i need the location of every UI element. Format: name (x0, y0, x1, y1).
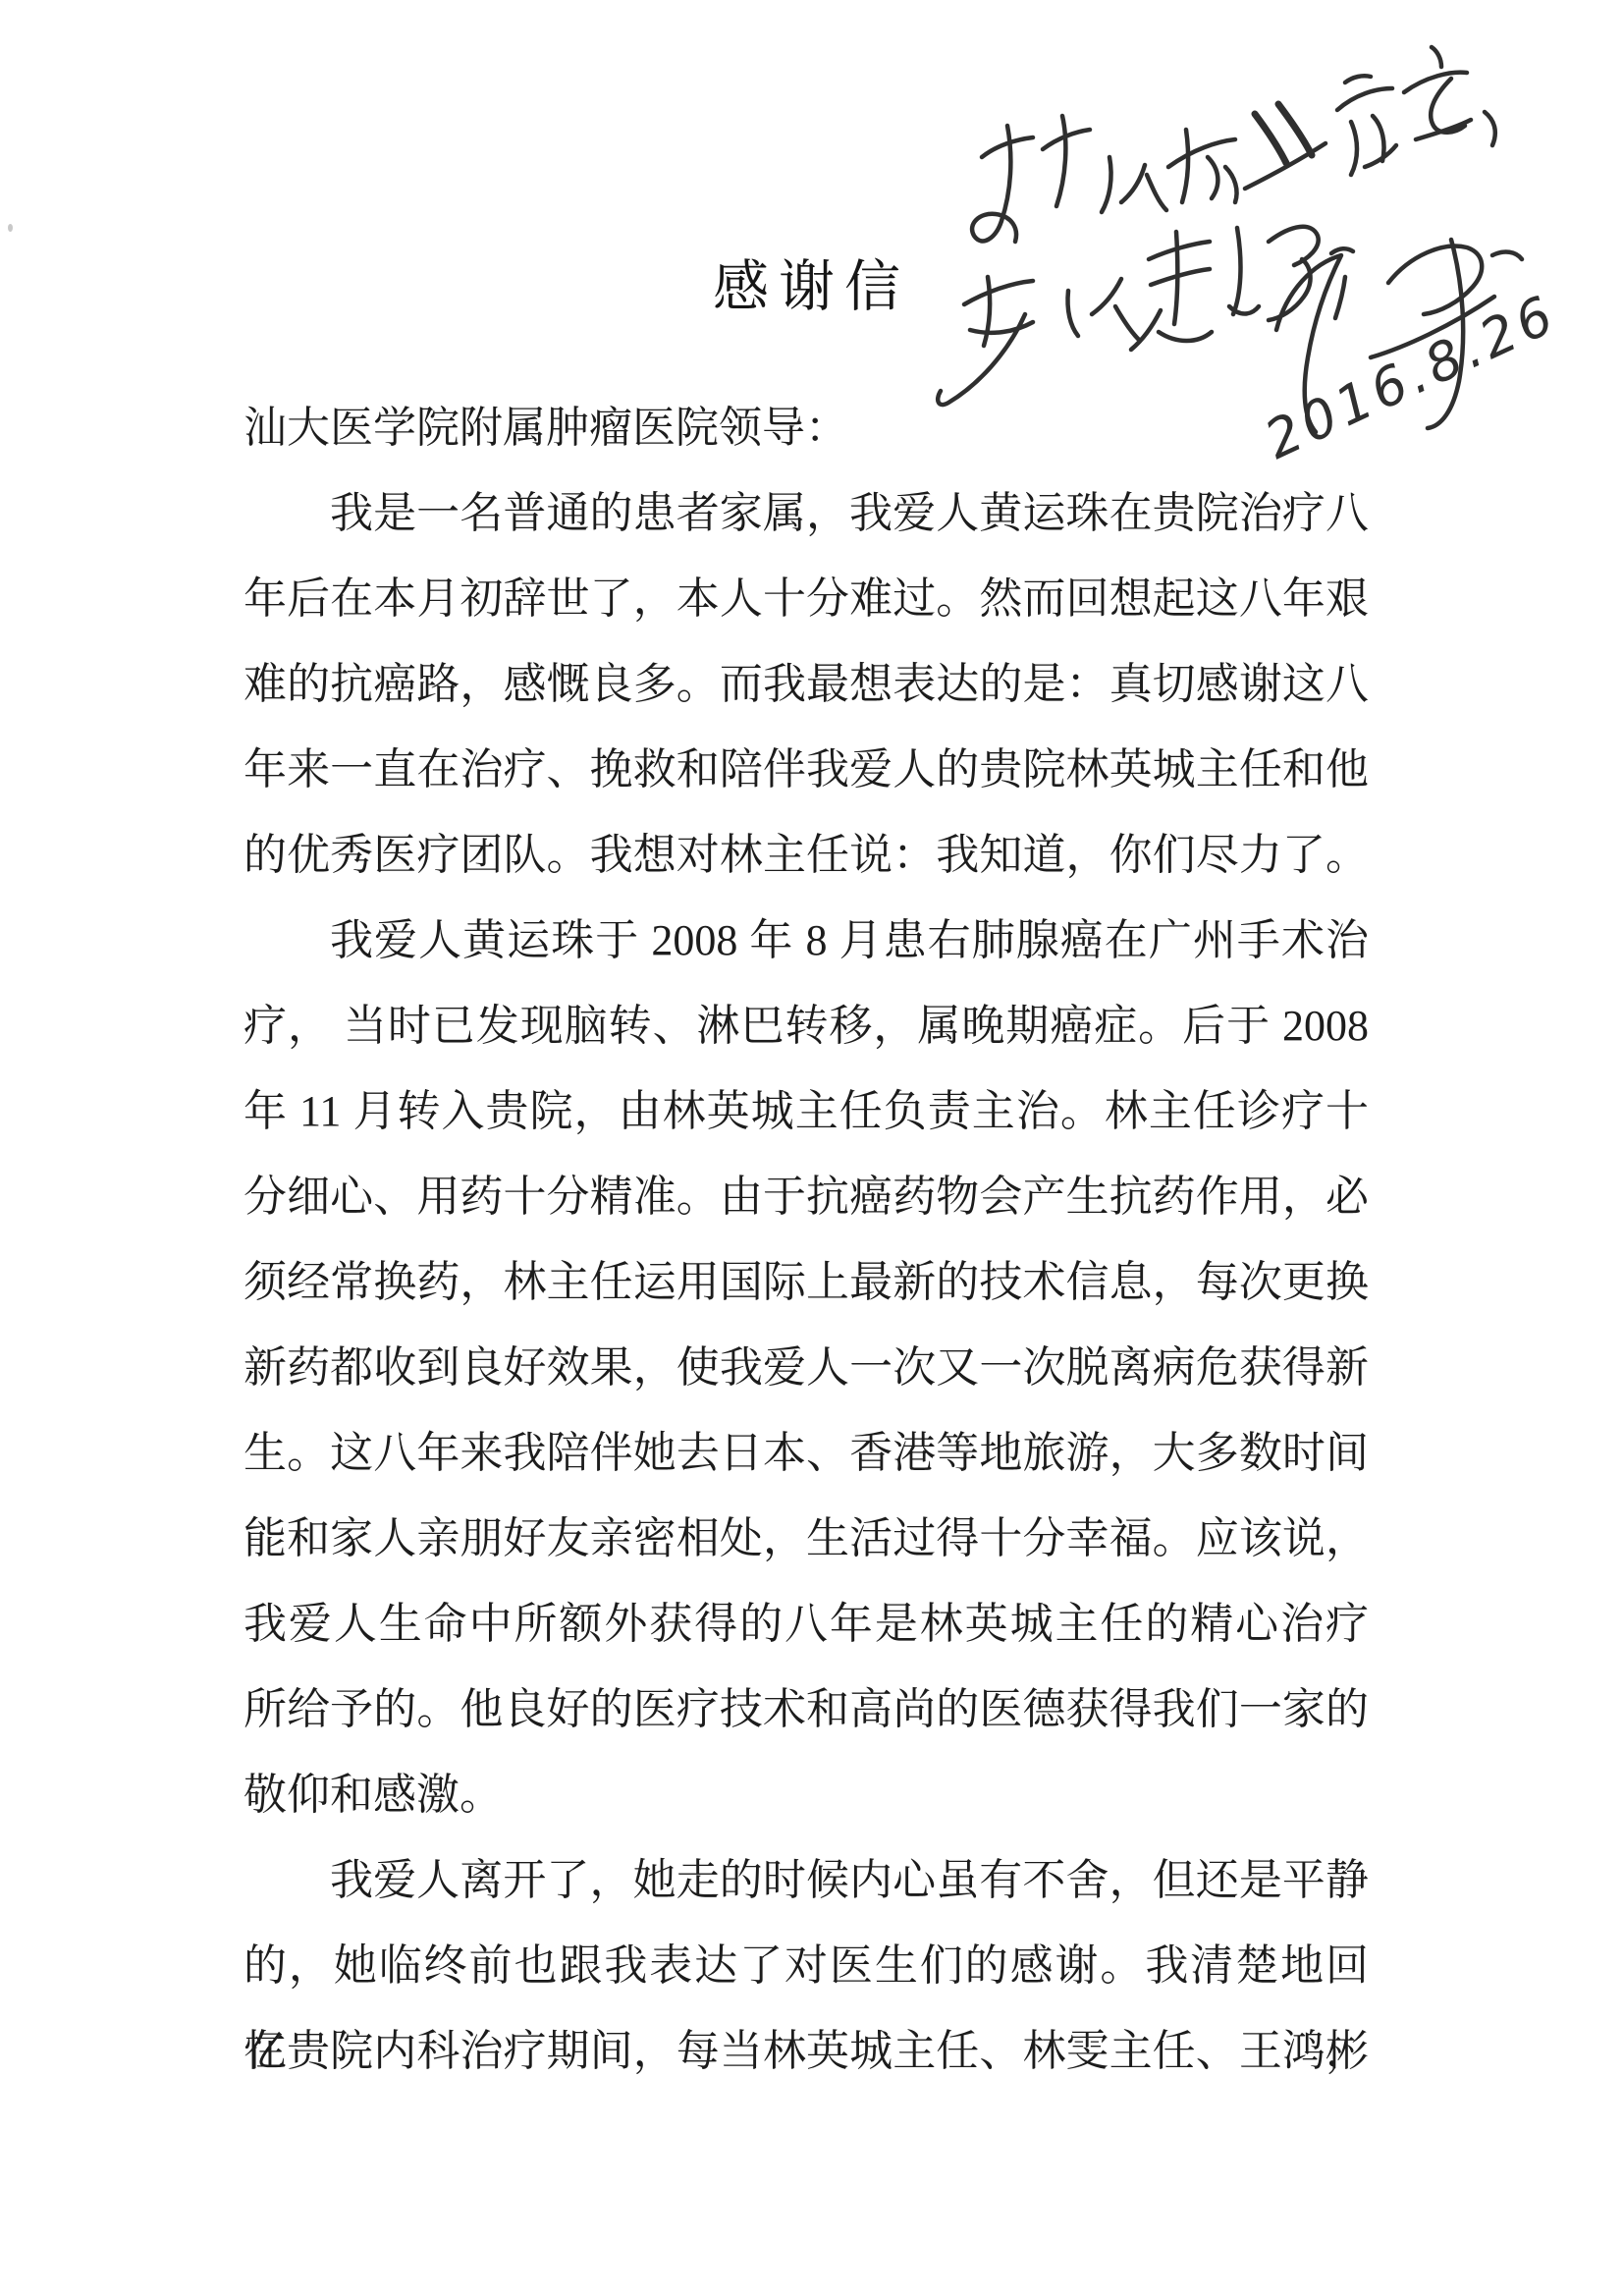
letter-line: 敬仰和感激。 (243, 1752, 1369, 1837)
letter-line: 所给予的。他良好的医疗技术和高尚的医德获得我们一家的 (243, 1667, 1369, 1752)
letter-line: 生。这八年来我陪伴她去日本、香港等地旅游，大多数时间 (243, 1410, 1369, 1496)
letter-line: 难的抗癌路，感慨良多。而我最想表达的是：真切感谢这八 (243, 641, 1369, 727)
letter-line: 我爱人离开了，她走的时候内心虽有不舍，但还是平静 (243, 1837, 1369, 1923)
letter-line: 新药都收到良好效果，使我爱人一次又一次脱离病危获得新 (243, 1325, 1369, 1410)
letter-page: 感谢信 (0, 0, 1623, 2296)
letter-body: 汕大医学院附属肿瘤医院领导： 我是一名普通的患者家属，我爱人黄运珠在贵院治疗八 … (243, 385, 1369, 2094)
handwriting-line1-strokes (972, 47, 1495, 242)
letter-line: 我是一名普通的患者家属，我爱人黄运珠在贵院治疗八 (243, 470, 1369, 556)
letter-line: 疗， 当时已发现脑转、淋巴转移，属晚期癌症。后于 2008 (243, 983, 1369, 1068)
letter-line: 的，她临终前也跟我表达了对医生们的感谢。我清楚地回忆， (243, 1923, 1369, 2008)
letter-line: 我爱人生命中所额外获得的八年是林英城主任的精心治疗 (243, 1581, 1369, 1667)
letter-line: 年来一直在治疗、挽救和陪伴我爱人的贵院林英城主任和他 (243, 727, 1369, 812)
letter-line: 分细心、用药十分精准。由于抗癌药物会产生抗药作用，必 (243, 1154, 1369, 1239)
letter-line: 能和家人亲朋好友亲密相处，生活过得十分幸福。应该说， (243, 1496, 1369, 1581)
letter-line: 在贵院内科治疗期间，每当林英城主任、林雯主任、王鸿彬 (243, 2008, 1369, 2094)
salutation-line: 汕大医学院附属肿瘤医院领导： (243, 385, 1369, 470)
letter-line: 的优秀医疗团队。我想对林主任说：我知道，你们尽力了。 (243, 812, 1369, 898)
letter-line: 年 11 月转入贵院，由林英城主任负责主治。林主任诊疗十 (243, 1068, 1369, 1154)
letter-line: 须经常换药，林主任运用国际上最新的技术信息，每次更换 (243, 1239, 1369, 1325)
letter-line: 我爱人黄运珠于 2008 年 8 月患右肺腺癌在广州手术治 (243, 898, 1369, 983)
scan-speck (8, 224, 13, 232)
handwriting-line2-strokes (938, 227, 1353, 405)
letter-line: 年后在本月初辞世了，本人十分难过。然而回想起这八年艰 (243, 556, 1369, 641)
